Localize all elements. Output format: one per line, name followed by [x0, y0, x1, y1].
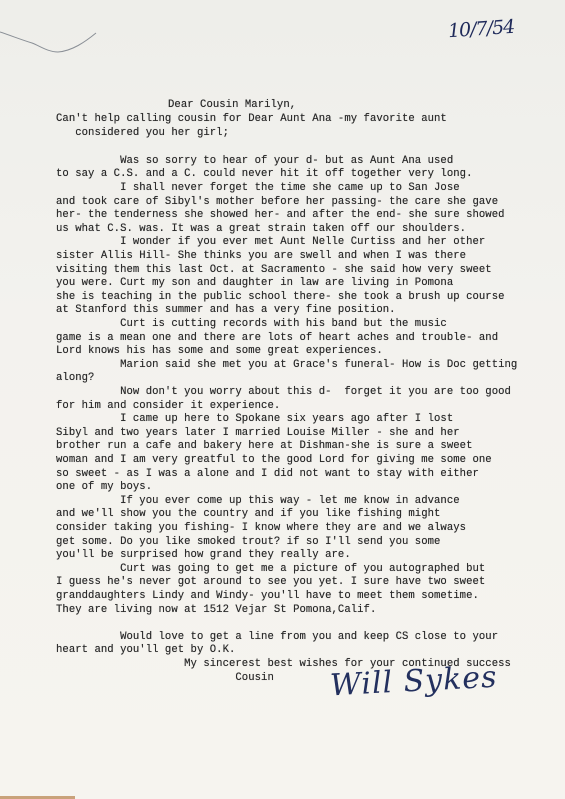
letter-line: us what C.S. was. It was a great strain … [56, 223, 466, 235]
letter-line: Sibyl and two years later I married Loui… [56, 427, 460, 439]
letter-line: considered you her girl; [56, 127, 229, 139]
letter-line: I shall never forget the time she came u… [56, 182, 460, 194]
letter-line: so sweet - as I was a alone and I did no… [56, 468, 479, 480]
letter-line: Can't help calling cousin for Dear Aunt … [56, 113, 447, 125]
letter-page: 10/7/54 Dear Cousin Marilyn,Can't help c… [0, 0, 565, 799]
letter-line: visiting them this last Oct. at Sacramen… [56, 264, 492, 276]
letter-line: get some. Do you like smoked trout? if s… [56, 536, 440, 548]
handwritten-signature: Will Sykes [329, 660, 498, 704]
letter-line: to say a C.S. and a C. could never hit i… [56, 168, 472, 180]
letter-line: for him and consider it experience. [56, 400, 280, 412]
letter-line: sister Allis Hill- She thinks you are sw… [56, 250, 466, 262]
letter-line: and we'll show you the country and if yo… [56, 508, 440, 520]
handwritten-date: 10/7/54 [447, 16, 515, 43]
letter-line: you'll be surprised how grand they reall… [56, 549, 351, 561]
letter-line: I guess he's never got around to see you… [56, 576, 485, 588]
letter-line: one of my boys. [56, 481, 152, 493]
letter-line: brother run a cafe and bakery here at Di… [56, 440, 472, 452]
letter-line: her- the tenderness she showed her- and … [56, 209, 505, 221]
letter-line: Was so sorry to hear of your d- but as A… [56, 155, 453, 167]
letter-line: They are living now at 1512 Vejar St Pom… [56, 604, 376, 616]
letter-line: consider taking you fishing- I know wher… [56, 522, 466, 534]
salutation: Dear Cousin Marilyn, [168, 99, 296, 111]
letter-line: I wonder if you ever met Aunt Nelle Curt… [56, 236, 485, 248]
letter-line: woman and I am very greatful to the good… [56, 454, 492, 466]
letter-line: Would love to get a line from you and ke… [56, 631, 498, 643]
letter-line: Curt was going to get me a picture of yo… [56, 563, 485, 575]
paper-crease-mark [0, 0, 120, 60]
letter-line: and took care of Sibyl's mother before h… [56, 196, 498, 208]
letter-line: Marion said she met you at Grace's funer… [56, 359, 517, 371]
letter-line: you were. Curt my son and daughter in la… [56, 277, 453, 289]
letter-line: granddaughters Lindy and Windy- you'll h… [56, 590, 479, 602]
letter-line: Curt is cutting records with his band bu… [56, 318, 447, 330]
letter-line: If you ever come up this way - let me kn… [56, 495, 460, 507]
letter-line: Lord knows his has some and some great e… [56, 345, 383, 357]
letter-line: Now don't you worry about this d- forget… [56, 386, 511, 398]
letter-line: game is a mean one and there are lots of… [56, 332, 498, 344]
letter-line: along? [56, 372, 94, 384]
letter-line: at Stanford this summer and has a very f… [56, 304, 396, 316]
letter-line: I came up here to Spokane six years ago … [56, 413, 453, 425]
letter-line: she is teaching in the public school the… [56, 291, 505, 303]
letter-line: Cousin [56, 672, 274, 684]
letter-line: heart and you'll get by O.K. [56, 644, 235, 656]
